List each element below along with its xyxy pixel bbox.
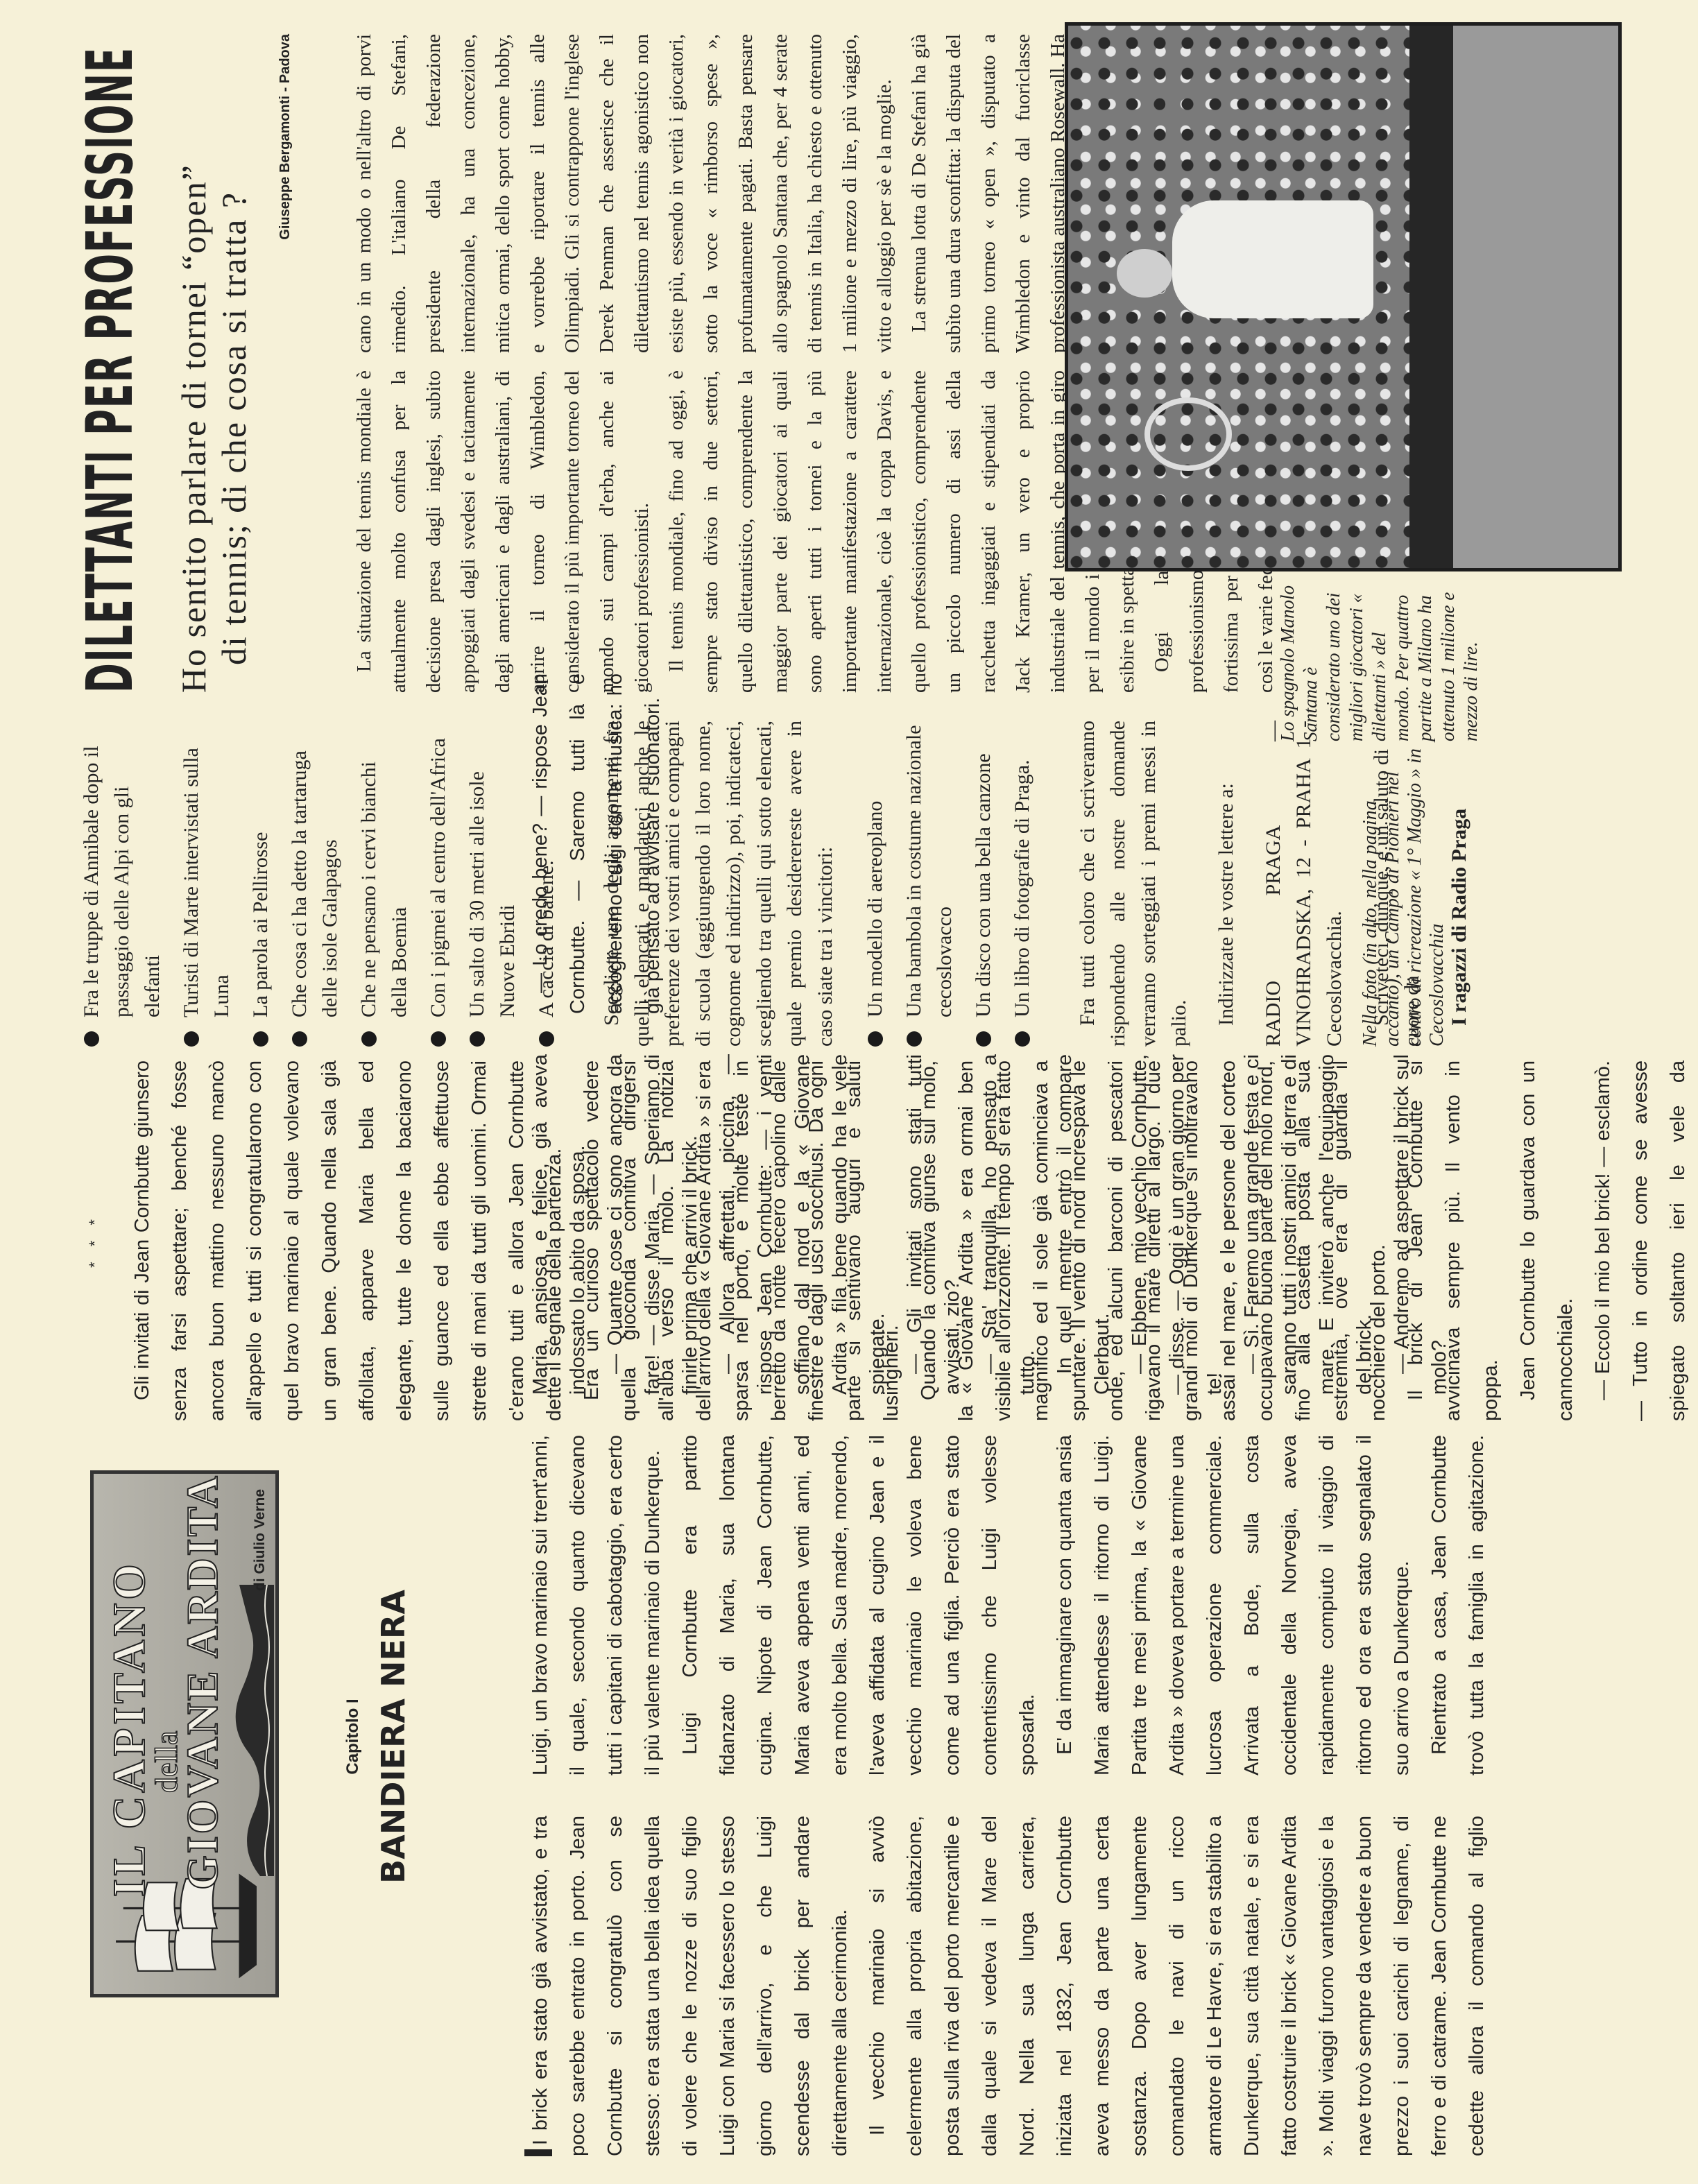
topic-item: Che ne pensano i cervi bianchi della Boe… — [354, 721, 415, 1047]
bullet-icon — [868, 1031, 883, 1047]
draw-text: Fra tutti coloro che ci scriveranno risp… — [1072, 721, 1194, 1047]
topic-text: A caccia di balene. — [535, 860, 558, 1017]
prize-list: Un modello di aereoplano Una bambola in … — [860, 721, 1038, 1047]
prize-text: Un disco con una bella canzone — [972, 753, 995, 1017]
verne-paragraph: Luigi Cornbutte era partito fidanzato di… — [671, 1435, 1046, 1775]
prize-item: Un disco con una bella canzone — [968, 721, 999, 1047]
topic-item: A caccia di balene. — [531, 721, 562, 1047]
bullet-icon — [253, 1031, 268, 1047]
topic-item: Un salto di 30 metri alle isole Nuove Eb… — [462, 721, 523, 1047]
topic-text: Che ne pensano i cervi bianchi della Boe… — [357, 762, 411, 1017]
bullet-icon — [1015, 1031, 1030, 1047]
bullet-icon — [84, 1031, 99, 1047]
santana-photo-caption: Lo spagnolo Manolo Santana è considerato… — [1276, 582, 1482, 741]
topic-text: Con i pigmei al centro dell'Africa — [427, 738, 449, 1017]
mailing-address: RADIO PRAGA — VINOHRADSKA, 12 - PRAHA 1 … — [1258, 721, 1350, 1047]
question-line-2: di tennis; di che cosa si tratta ? — [214, 164, 254, 693]
player-head — [1117, 249, 1172, 298]
story-title-banner: IL CAPITANO della GIOVANE ARDITA di Giul… — [90, 1470, 279, 1997]
bullet-icon — [361, 1031, 377, 1047]
drop-cap-bar — [524, 2149, 552, 2156]
address-intro: Indirizzate le vostre lettere a: — [1211, 721, 1242, 1047]
radio-praga-column: Fra le truppe di Annibale dopo il passag… — [76, 721, 1602, 1047]
bullet-icon — [976, 1031, 991, 1047]
topic-item: Turisti di Marte intervistati sulla Luna — [176, 721, 237, 1047]
prize-text: Un modello di aereoplano — [864, 801, 886, 1017]
bullet-icon — [292, 1031, 307, 1047]
bullet-icon — [431, 1031, 446, 1047]
racket — [1144, 397, 1232, 471]
verne-paragraph: Quando la comitiva giunse sul molo, la «… — [910, 1060, 1397, 1421]
topic-text: Turisti di Marte intervistati sulla Luna — [180, 748, 233, 1017]
contest-instructions: Scegliete uno degli argomenti fra quelli… — [597, 721, 841, 1047]
prize-text: Un libro di fotografie di Praga. — [1011, 759, 1034, 1017]
tennis-question: Ho sentito parlare di tornei “open” di t… — [173, 164, 254, 693]
verne-paragraph: Gli invitati di Jean Cornbutte giunsero … — [123, 1060, 573, 1421]
topic-item: La parola ai Pellirosse — [246, 721, 276, 1047]
banner-title-line1: IL CAPITANO — [103, 1560, 156, 1897]
verne-paragraph: Era un curioso spettacolo vedere quella … — [573, 1060, 910, 1421]
verne-paragraph: E' da immaginare con quanta ansia Maria … — [1046, 1435, 1421, 1775]
question-author: Giuseppe Bergamonti - Padova — [277, 34, 293, 353]
verne-text: I brick era stato già avvistato, e tra p… — [529, 1816, 851, 2156]
prize-text: Una bambola in costume nazionale cecoslo… — [902, 725, 956, 1017]
bullet-icon — [184, 1031, 199, 1047]
topic-text: Fra le truppe di Annibale dopo il passag… — [80, 746, 164, 1017]
prize-item: Un libro di fotografie di Praga. — [1007, 721, 1038, 1047]
banner-author: di Giulio Verne — [252, 1489, 268, 1591]
bullet-icon — [539, 1031, 554, 1047]
verne-paragraph: Il brick di Jean Cornbutte si avvicinava… — [1397, 1060, 1509, 1421]
page-canvas: IL CAPITANO della GIOVANE ARDITA di Giul… — [0, 0, 1698, 2184]
topic-text: La parola ai Pellirosse — [249, 832, 272, 1017]
court-surface — [1453, 26, 1618, 568]
chapter-label: Capitolo I — [343, 1660, 363, 1813]
verne-dialogue: — Eccolo il mio bel brick! — esclamò. — … — [1584, 1060, 1698, 1421]
tennis-player-photo — [1065, 22, 1622, 571]
tennis-paragraph: La situazione del tennis mondiale è attu… — [347, 370, 659, 693]
prize-item: Un modello di aereoplano — [860, 721, 891, 1047]
verne-paragraph: Jean Cornbutte lo guardava con un cannoc… — [1509, 1060, 1584, 1421]
coastline-illustration — [232, 1585, 274, 1876]
question-line-1: Ho sentito parlare di tornei “open” — [173, 164, 214, 693]
topic-text: Che cosa ci ha detto la tartaruga delle … — [288, 750, 341, 1017]
topic-item: Che cosa ci ha detto la tartaruga delle … — [284, 721, 345, 1047]
topic-list: Fra le truppe di Annibale dopo il passag… — [76, 721, 562, 1047]
verne-columns-1-2: I brick era stato già avvistato, e tra p… — [522, 1435, 1520, 2156]
player-figure — [1172, 200, 1373, 318]
banner-title-line3: GIOVANE ARDITA — [177, 1474, 228, 1890]
bullet-icon — [907, 1031, 922, 1047]
pioneer-camp-caption: Nella foto (in alto, nella pagina accant… — [1360, 728, 1448, 1047]
court-wall — [1409, 26, 1453, 568]
tennis-title: DILETTANTI PER PROFESSIONE — [73, 46, 147, 693]
radio-praga-signature: I ragazzi di Radio Praga — [1444, 721, 1475, 1047]
topic-text: Un salto di 30 metri alle isole Nuove Eb… — [465, 771, 519, 1017]
tennis-paragraph: cano in un modo o nell'altro di porvi ri… — [347, 34, 902, 353]
bullet-icon — [470, 1031, 485, 1047]
chapter-title: BANDIERA NERA — [375, 1553, 412, 1920]
topic-item: Con i pigmei al centro dell'Africa — [423, 721, 454, 1047]
prize-item: Una bambola in costume nazionale cecoslo… — [899, 721, 960, 1047]
verne-column-3: * * * Gli invitati di Jean Cornbutte giu… — [76, 1060, 1533, 1421]
topic-item: Fra le truppe di Annibale dopo il passag… — [76, 721, 168, 1047]
verne-paragraph-opening: I brick era stato già avvistato, e tra p… — [522, 1816, 859, 2156]
section-separator: * * * — [76, 1060, 114, 1421]
